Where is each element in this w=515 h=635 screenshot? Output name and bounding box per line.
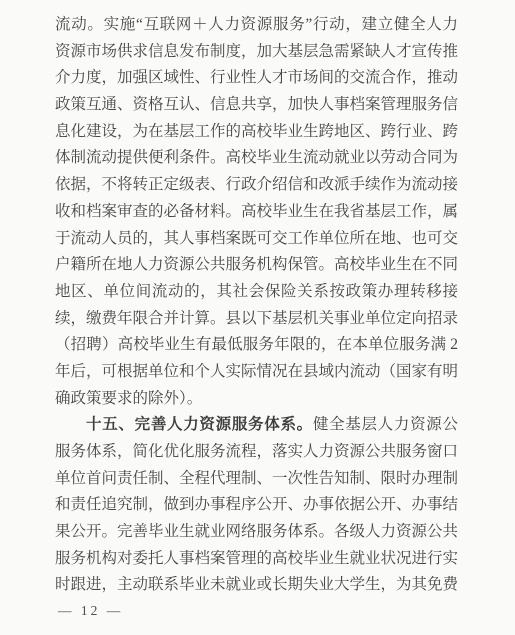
page-number-footer: — 12 — — [58, 603, 123, 619]
text-line: 单位首问责任制、全程代理制、一次性告知制、限时办理制 — [55, 466, 458, 493]
text-line: 资源市场供求信息发布制度，加大基层急需紧缺人才宣传推 — [55, 39, 458, 66]
text-line: 服务机构对委托人事档案管理的高校毕业生就业状况进行实 — [55, 546, 458, 573]
text-line: 于流动人员的，其人事档案既可交工作单位所在地、也可交 — [55, 226, 458, 253]
text-line: 介力度，加强区域性、行业性人才市场间的交流合作，推动 — [55, 65, 458, 92]
document-page: 流动。实施“互联网＋人力资源服务”行动，建立健全人力资源市场供求信息发布制度，加… — [0, 0, 515, 635]
text-line: 十五、完善人力资源服务体系。健全基层人力资源公共 — [55, 412, 458, 439]
text-line: 政策互通、资格互认、信息共享，加快人事档案管理服务信 — [55, 92, 458, 119]
text-line: 确政策要求的除外）。 — [55, 386, 458, 413]
text-line: 果公开。完善毕业生就业网络服务体系。各级人力资源公共 — [55, 519, 458, 546]
text-line: 息化建设，为在基层工作的高校毕业生跨地区、跨行业、跨 — [55, 119, 458, 146]
text-line: 服务体系，简化优化服务流程，落实人力资源公共服务窗口 — [55, 439, 458, 466]
section-heading: 十五、完善人力资源服务体系。 — [86, 416, 313, 433]
text-line: 收和档案审查的必备材料。高校毕业生在我省基层工作，属 — [55, 199, 458, 226]
text-line: 体制流动提供便利条件。高校毕业生流动就业以劳动合同为 — [55, 145, 458, 172]
text-line: 地区、单位间流动的，其社会保险关系按政策办理转移接 — [55, 279, 458, 306]
text-line: 依据，不将转正定级表、行政介绍信和改派手续作为流动接 — [55, 172, 458, 199]
text-line: 流动。实施“互联网＋人力资源服务”行动，建立健全人力 — [55, 12, 458, 39]
text-line: 续，缴费年限合并计算。县以下基层机关事业单位定向招录 — [55, 306, 458, 333]
text-line: （招聘）高校毕业生有最低服务年限的，在本单位服务满 2 — [55, 332, 458, 359]
text-line: 户籍所在地人力资源公共服务机构保管。高校毕业生在不同 — [55, 252, 458, 279]
text-body: 流动。实施“互联网＋人力资源服务”行动，建立健全人力资源市场供求信息发布制度，加… — [55, 12, 458, 599]
text-line: 时跟进，主动联系毕业未就业或长期失业大学生，为其免费 — [55, 572, 458, 599]
text-line: 和责任追究制，做到办事程序公开、办事依据公开、办事结 — [55, 492, 458, 519]
text-line: 年后，可根据单位和个人实际情况在县域内流动（国家有明 — [55, 359, 458, 386]
